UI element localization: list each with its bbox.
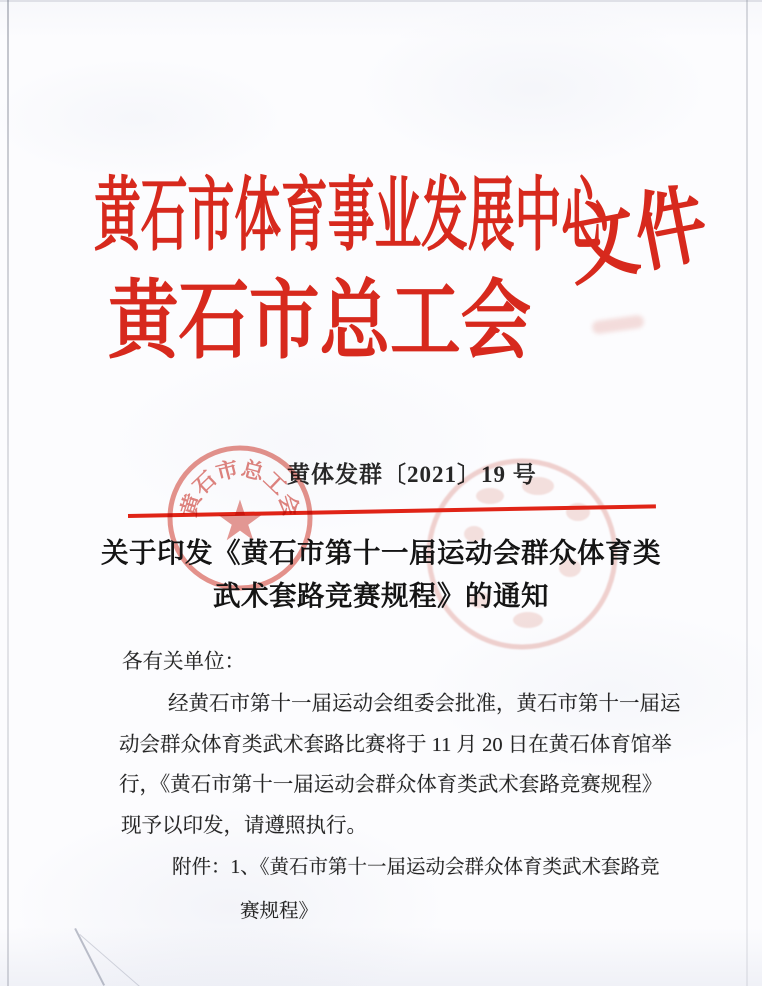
attachment-line1: 附件：1、《黄石市第十一届运动会群众体育类武术套路竞 xyxy=(172,854,660,882)
faint-seal-smudge xyxy=(591,314,644,334)
notice-title-line1: 关于印发《黄石市第十一届运动会群众体育类 xyxy=(0,531,762,574)
letterhead-doc-type-label: 文件 xyxy=(559,180,714,291)
letterhead-org-line1: 黄石市体育事业发展中心 xyxy=(94,176,608,257)
attachment-line2: 赛规程》 xyxy=(240,898,318,926)
letterhead-red-rule xyxy=(128,504,656,517)
notice-title: 关于印发《黄石市第十一届运动会群众体育类 武术套路竞赛规程》的通知 xyxy=(0,531,762,617)
page-top-edge xyxy=(0,0,762,2)
body-paragraph-line: 动会群众体育类武术套路比赛将于 11 月 20 日在黄石体育馆举 xyxy=(119,731,672,759)
scanned-document-page: 黄石市体育事业发展中心 黄石市总工会 文件 黄体发群〔2021〕19 号 黄石市… xyxy=(0,0,762,986)
notice-title-line2: 武术套路竞赛规程》的通知 xyxy=(0,574,762,617)
paper-crease xyxy=(75,928,105,986)
page-left-edge xyxy=(7,0,9,986)
body-paragraph-line: 行，《黄石市第十一届运动会群众体育类武术套路竞赛规程》 xyxy=(119,771,662,799)
letterhead-org-line2: 黄石市总工会 xyxy=(108,278,531,364)
scan-texture xyxy=(0,0,762,986)
body-paragraph-line: 现予以印发，请遵照执行。 xyxy=(121,812,367,840)
salutation: 各有关单位： xyxy=(122,648,245,676)
page-right-edge xyxy=(746,0,748,986)
paper-crease xyxy=(79,934,146,986)
body-paragraph-line: 经黄石市第十一届运动会组委会批准，黄石市第十一届运 xyxy=(168,690,681,718)
seal-arc-text: 黄石市总工会 xyxy=(177,456,304,519)
document-number: 黄体发群〔2021〕19 号 xyxy=(287,456,537,489)
